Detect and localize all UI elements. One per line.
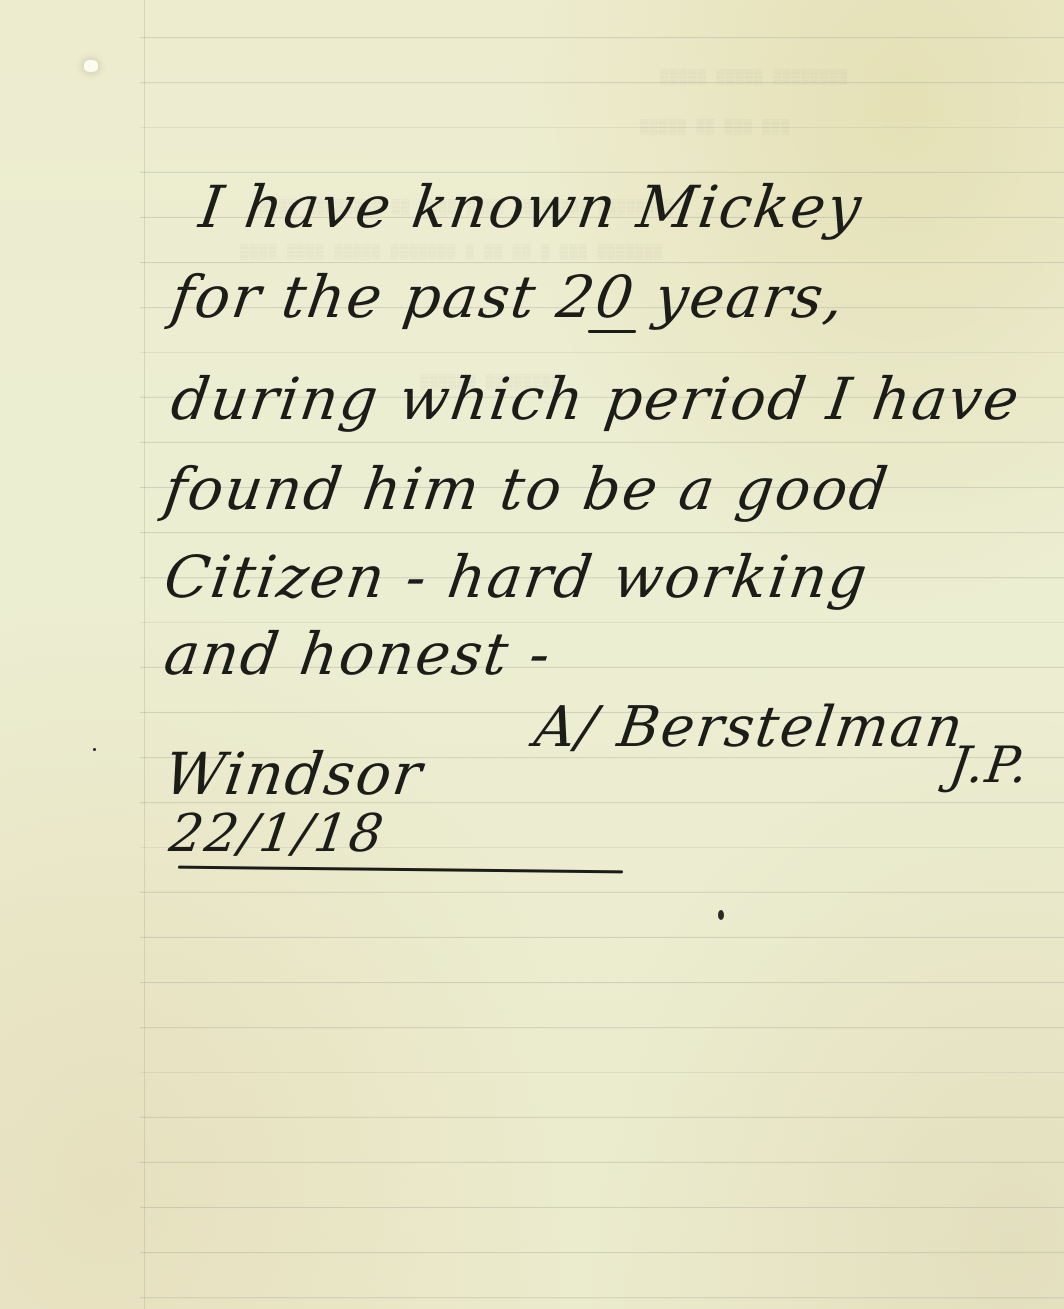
- letter-date: 22/1/18: [166, 808, 388, 860]
- letter-line-5: Citizen - hard working: [161, 548, 872, 606]
- letter-line-4: found him to be a good: [161, 460, 893, 518]
- margin-line: [144, 0, 145, 1309]
- letter-page: ▒▒▒▒▒ ▒▒▒▒▒ ▒▒▒▒▒▒▒▒ ▒▒▒▒▒ ▒▒ ▒▒▒ ▒▒▒ ▒▒…: [0, 0, 1064, 1309]
- ink-spot: [718, 910, 724, 920]
- underline-20: [588, 330, 636, 333]
- signature-title: J.P.: [946, 740, 1032, 790]
- letter-line-2: for the past 20 years,: [168, 268, 849, 326]
- signature-name: A/ Berstelman: [531, 700, 968, 756]
- letter-line-1: I have known Mickey: [196, 178, 866, 236]
- bleed-through-text: ▒▒▒▒▒ ▒▒▒▒▒ ▒▒▒▒▒▒▒▒: [660, 70, 848, 86]
- place-name: Windsor: [161, 745, 427, 803]
- letter-line-3: during which period I have: [168, 370, 1024, 428]
- bleed-through-text: ▒▒▒▒▒ ▒▒ ▒▒▒ ▒▒▒: [640, 120, 790, 136]
- paper-hole: [84, 60, 98, 72]
- ink-spot: [93, 748, 96, 751]
- letter-line-6: and honest -: [161, 625, 556, 683]
- bleed-through-text: ▒▒▒▒ ▒▒▒▒ ▒▒▒▒▒ ▒▒▒▒▒▒▒ ▒ ▒▒ ▒▒ ▒ ▒▒▒ ▒▒…: [240, 245, 663, 261]
